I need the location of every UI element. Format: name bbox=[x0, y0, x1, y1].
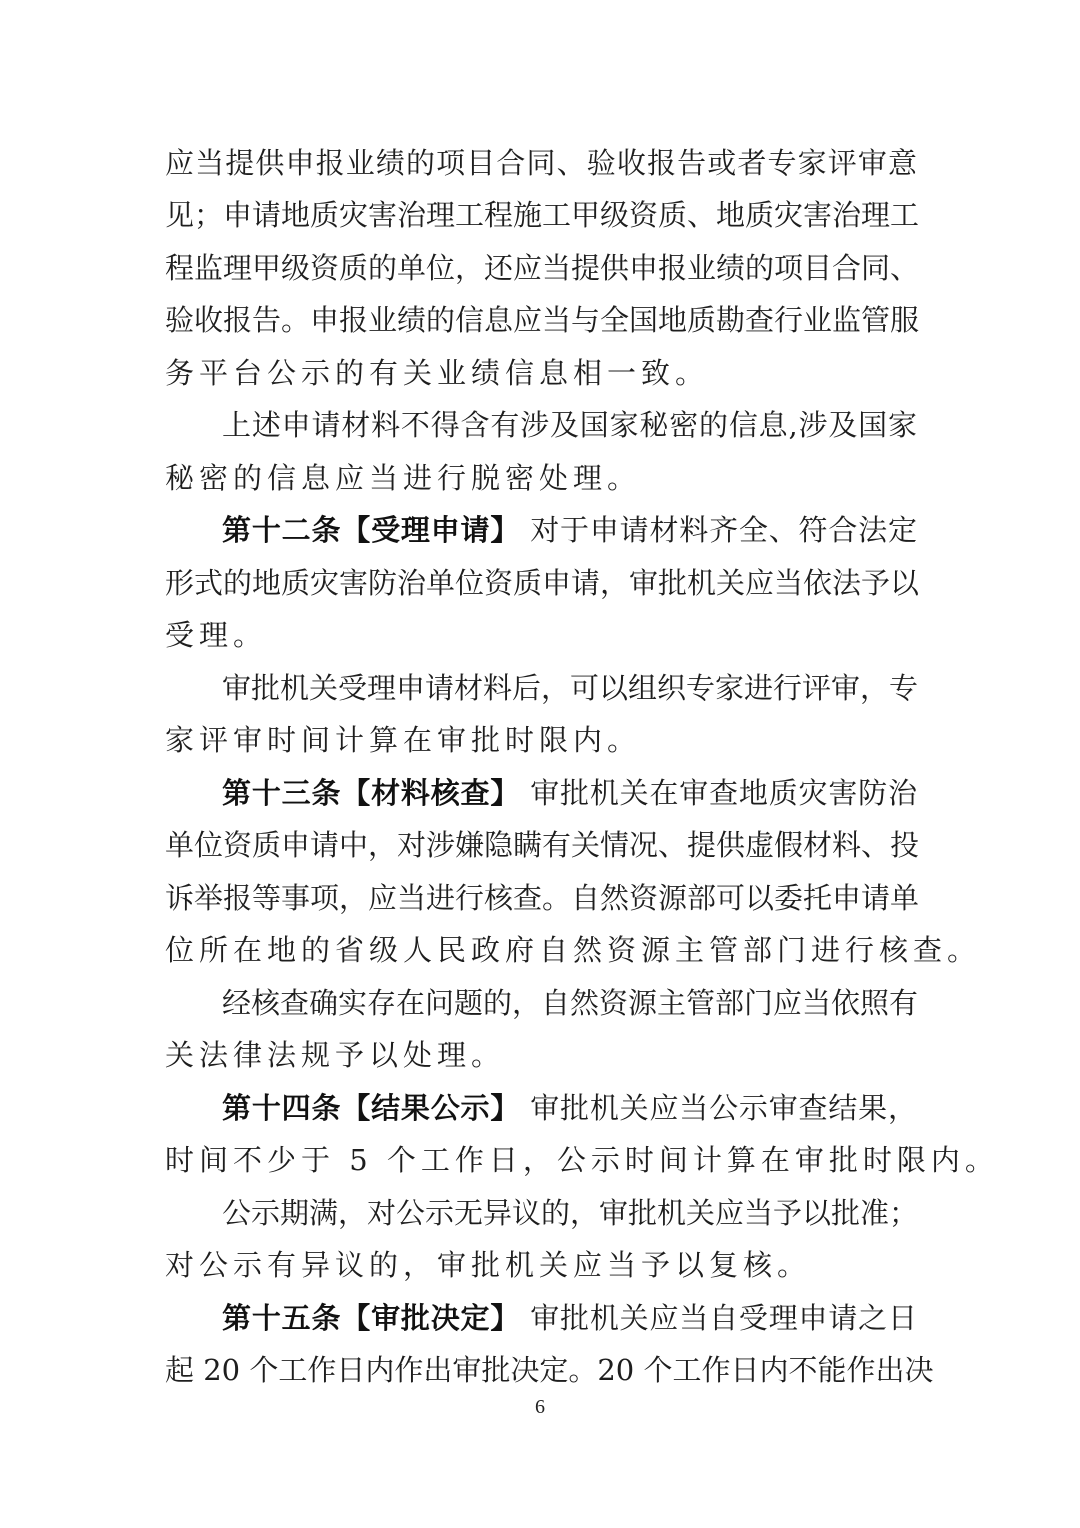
article-title: 第十四条【结果公示】 bbox=[222, 1091, 520, 1125]
text-line: 审批机关受理申请材料后，可以组织专家进行评审，专 bbox=[222, 666, 917, 710]
text-line: 诉举报等事项，应当进行核查。自然资源部可以委托申请单 bbox=[165, 876, 917, 920]
article-13-first-line: 第十三条【材料核查】 审批机关在审查地质灾害防治 bbox=[222, 771, 917, 815]
text-line: 见；申请地质灾害治理工程施工甲级资质、地质灾害治理工 bbox=[165, 193, 917, 237]
text-line: 位所在地的省级人民政府自然资源主管部门进行核查。 bbox=[165, 928, 917, 972]
article-12-first-line: 第十二条【受理申请】 对于申请材料齐全、符合法定 bbox=[222, 508, 917, 552]
text-line: 务平台公示的有关业绩信息相一致。 bbox=[165, 351, 917, 395]
text-line: 秘密的信息应当进行脱密处理。 bbox=[165, 456, 917, 500]
article-text: 审批机关应当自受理申请之日 bbox=[520, 1301, 917, 1335]
text-line: 家评审时间计算在审批时限内。 bbox=[165, 718, 917, 762]
text-line: 公示期满，对公示无异议的，审批机关应当予以批准； bbox=[222, 1191, 917, 1235]
text-line: 应当提供申报业绩的项目合同、验收报告或者专家评审意 bbox=[165, 141, 917, 185]
text-line: 经核查确实存在问题的，自然资源主管部门应当依照有 bbox=[222, 981, 917, 1025]
article-text: 审批机关在审查地质灾害防治 bbox=[520, 776, 917, 810]
page-number: 6 bbox=[0, 1396, 1080, 1419]
article-title: 第十三条【材料核查】 bbox=[222, 776, 520, 810]
document-page: 应当提供申报业绩的项目合同、验收报告或者专家评审意 见；申请地质灾害治理工程施工… bbox=[0, 0, 1080, 1528]
article-14-first-line: 第十四条【结果公示】 审批机关应当公示审查结果， bbox=[222, 1086, 917, 1130]
text-line: 受理。 bbox=[165, 613, 917, 657]
article-title: 第十二条【受理申请】 bbox=[222, 513, 520, 547]
text-line: 程监理甲级资质的单位，还应当提供申报业绩的项目合同、 bbox=[165, 246, 917, 290]
text-line: 形式的地质灾害防治单位资质申请，审批机关应当依法予以 bbox=[165, 561, 917, 605]
text-line: 时间不少于 5 个工作日，公示时间计算在审批时限内。 bbox=[165, 1138, 917, 1182]
text-line: 对公示有异议的，审批机关应当予以复核。 bbox=[165, 1243, 917, 1287]
text-line: 关法律法规予以处理。 bbox=[165, 1033, 917, 1077]
text-line: 单位资质申请中，对涉嫌隐瞒有关情况、提供虚假材料、投 bbox=[165, 823, 917, 867]
text-line: 验收报告。申报业绩的信息应当与全国地质勘查行业监管服 bbox=[165, 298, 917, 342]
article-title: 第十五条【审批决定】 bbox=[222, 1301, 520, 1335]
text-line: 上述申请材料不得含有涉及国家秘密的信息,涉及国家 bbox=[222, 403, 917, 447]
text-line: 起 20 个工作日内作出审批决定。20 个工作日内不能作出决 bbox=[165, 1348, 917, 1392]
article-15-first-line: 第十五条【审批决定】 审批机关应当自受理申请之日 bbox=[222, 1296, 917, 1340]
article-text: 审批机关应当公示审查结果， bbox=[520, 1091, 917, 1125]
article-text: 对于申请材料齐全、符合法定 bbox=[520, 513, 917, 547]
